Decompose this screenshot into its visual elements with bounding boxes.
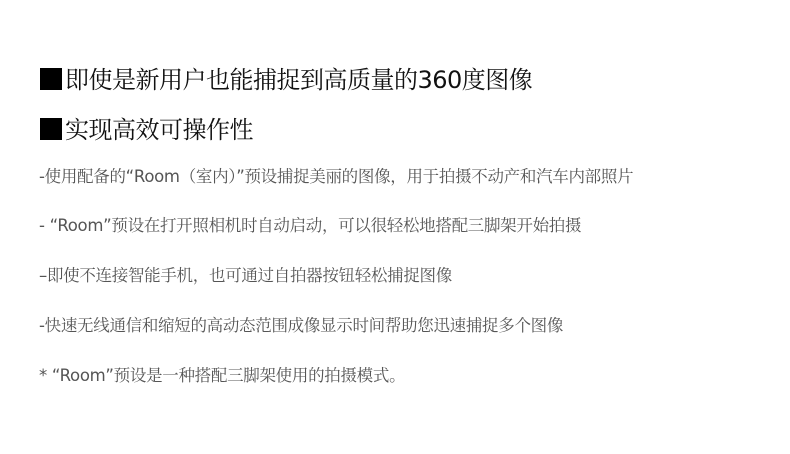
feature-line-fast-wireless: -快速无线通信和缩短的高动态范围成像显示时间帮助您迅速捕捉多个图像 [39, 314, 563, 338]
footnote-room-preset: * “Room”预设是一种搭配三脚架使用的拍摄模式。 [39, 364, 405, 388]
heading-360-capture: 即使是新用户也能捕捉到高质量的360度图像 [40, 64, 532, 96]
feature-line-self-timer: –即使不连接智能手机，也可通过自拍器按钮轻松捕捉图像 [39, 264, 452, 288]
heading-efficient-operation: 实现高效可操作性 [40, 114, 253, 146]
black-square-icon [40, 68, 62, 90]
feature-line-auto-start: - “Room”预设在打开照相机时自动启动，可以很轻松地搭配三脚架开始拍摄 [39, 214, 581, 238]
feature-line-room-preset: -使用配备的“Room（室内）”预设捕捉美丽的图像，用于拍摄不动产和汽车内部照片 [39, 165, 633, 189]
heading-text: 实现高效可操作性 [65, 116, 253, 144]
heading-text: 即使是新用户也能捕捉到高质量的360度图像 [65, 66, 532, 94]
black-square-icon [40, 118, 62, 140]
